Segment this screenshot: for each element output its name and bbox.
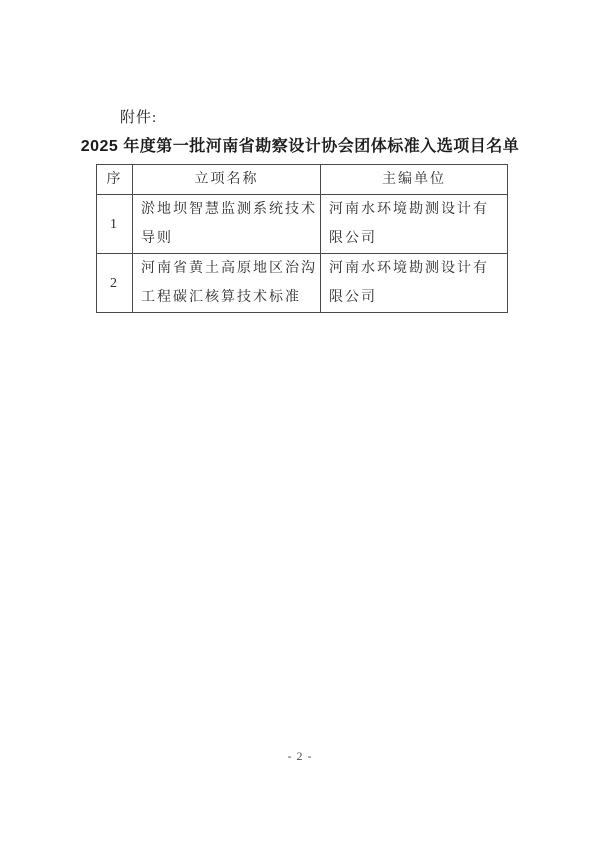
attachment-label: 附件: — [120, 106, 157, 127]
table-header-row: 序 立项名称 主编单位 — [97, 165, 508, 195]
header-cell-name: 立项名称 — [133, 165, 321, 195]
row-number: 2 — [97, 254, 133, 313]
table-row: 1 淤地坝智慧监测系统技术导则 河南水环境勘测设计有限公司 — [97, 195, 508, 254]
header-cell-no: 序 — [97, 165, 133, 195]
project-name: 河南省黄土高原地区治沟工程碳汇核算技术标准 — [133, 254, 321, 313]
row-number: 1 — [97, 195, 133, 254]
table-row: 2 河南省黄土高原地区治沟工程碳汇核算技术标准 河南水环境勘测设计有限公司 — [97, 254, 508, 313]
editor-unit: 河南水环境勘测设计有限公司 — [321, 195, 508, 254]
editor-unit: 河南水环境勘测设计有限公司 — [321, 254, 508, 313]
page-number: - 2 - — [0, 749, 600, 764]
header-cell-unit: 主编单位 — [321, 165, 508, 195]
document-page: 附件: 2025 年度第一批河南省勘察设计协会团体标准入选项目名单 序 立项名称… — [0, 0, 600, 849]
project-name: 淤地坝智慧监测系统技术导则 — [133, 195, 321, 254]
projects-table: 序 立项名称 主编单位 1 淤地坝智慧监测系统技术导则 河南水环境勘测设计有限公… — [96, 164, 508, 313]
page-title: 2025 年度第一批河南省勘察设计协会团体标准入选项目名单 — [0, 133, 600, 156]
